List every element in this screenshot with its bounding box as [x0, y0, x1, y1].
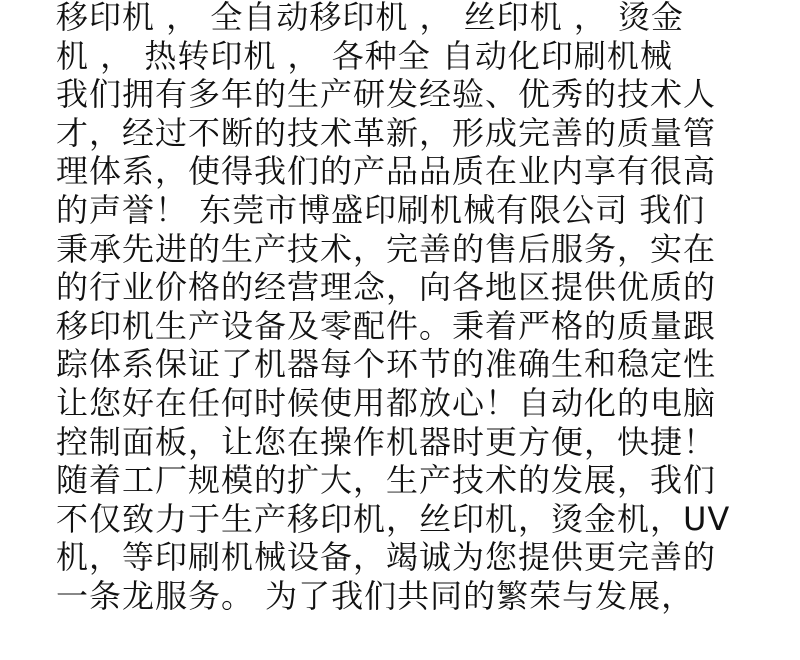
text-line: 的行业价格的经营理念，向各地区提供优质的 — [56, 268, 736, 307]
text-line: 秉承先进的生产技术，完善的售后服务，实在 — [56, 230, 736, 269]
text-line: 不仅致力于生产移印机，丝印机，烫金机，UV — [56, 500, 736, 539]
text-line: 让您好在任何时候使用都放心！自动化的电脑 — [56, 384, 736, 423]
text-line: 控制面板，让您在操作机器时更方便，快捷！ — [56, 423, 736, 462]
text-line: 移印机 ， 全自动移印机 ， 丝印机 ， 烫金 — [56, 0, 736, 37]
text-line: 机 ， 热转印机 ， 各种全 自动化印刷机械 — [56, 37, 736, 76]
text-line: 踪体系保证了机器每个环节的准确生和稳定性 — [56, 345, 736, 384]
text-line: 的声誉！ 东莞市博盛印刷机械有限公司 我们 — [56, 191, 736, 230]
text-line: 理体系，使得我们的产品品质在业内享有很高 — [56, 152, 736, 191]
text-line: 才，经过不断的技术革新，形成完善的质量管 — [56, 114, 736, 153]
text-line: 一条龙服务。 为了我们共同的繁荣与发展， — [56, 577, 736, 616]
text-line: 我们拥有多年的生产研发经验、优秀的技术人 — [56, 75, 736, 114]
text-line: 机，等印刷机械设备，竭诚为您提供更完善的 — [56, 538, 736, 577]
text-line: 随着工厂规模的扩大，生产技术的发展，我们 — [56, 461, 736, 500]
document-body: 移印机 ， 全自动移印机 ， 丝印机 ， 烫金 机 ， 热转印机 ， 各种全 自… — [56, 0, 736, 616]
text-line: 移印机生产设备及零配件。秉着严格的质量跟 — [56, 307, 736, 346]
